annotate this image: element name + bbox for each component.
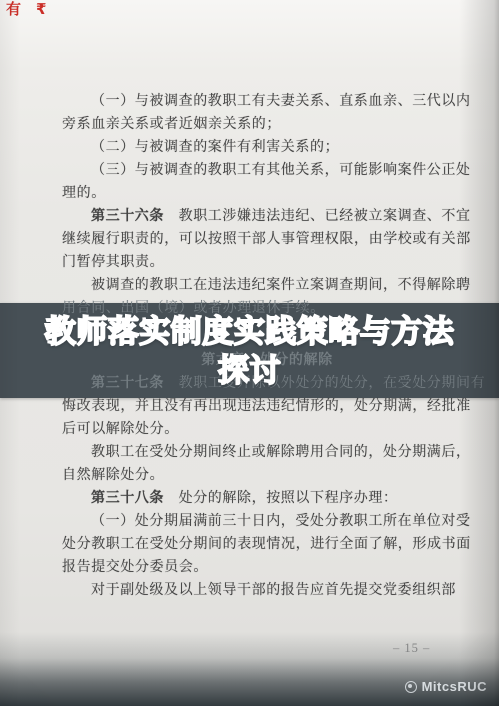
doc-line: 教职工在受处分期间终止或解除聘用合同的，处分期满后， <box>62 441 472 464</box>
doc-line: 第三十八条 处分的解除，按照以下程序办理： <box>62 487 472 510</box>
doc-line: 处分教职工在受处分期间的表现情况，进行全面了解，形成书面 <box>62 533 472 556</box>
red-stamp-marks: 有 ₹ <box>6 1 46 19</box>
doc-line: 自然解除处分。 <box>62 464 472 487</box>
page-number: – 15 – <box>393 641 430 656</box>
doc-line: 旁系血亲关系或者近姻亲关系的； <box>62 113 472 136</box>
doc-line: 悔改表现，并且没有再出现违法违纪情形的，处分期满，经批准 <box>62 395 472 418</box>
document-photo: 有 ₹ （一）与被调查的教职工有夫妻关系、直系血亲、三代以内旁系血亲关系或者近姻… <box>0 0 499 706</box>
doc-line: （一）处分期届满前三十日内，受处分教职工所在单位对受 <box>62 510 472 533</box>
doc-line: （二）与被调查的案件有利害关系的； <box>62 136 472 159</box>
doc-line: 报告提交处分委员会。 <box>62 556 472 579</box>
doc-line: （三）与被调查的教职工有其他关系，可能影响案件公正处 <box>62 159 472 182</box>
circle-dot-logo-icon <box>405 681 417 693</box>
doc-line: 继续履行职责的，可以按照干部人事管理权限，由学校或有关部 <box>62 228 472 251</box>
watermark: MitcsRUC <box>405 679 487 694</box>
watermark-text: MitcsRUC <box>422 679 487 694</box>
doc-line: （一）与被调查的教职工有夫妻关系、直系血亲、三代以内 <box>62 90 472 113</box>
doc-line: 第三十六条 教职工涉嫌违法违纪、已经被立案调查、不宜 <box>62 205 472 228</box>
doc-line: 被调查的教职工在违法违纪案件立案调查期间，不得解除聘 <box>62 274 472 297</box>
doc-line: 门暂停其职责。 <box>62 251 472 274</box>
red-stamp-mark-2: ₹ <box>36 1 46 19</box>
doc-line: 理的。 <box>62 182 472 205</box>
overlay-title-line2: 探讨 <box>0 353 499 389</box>
red-stamp-mark-1: 有 <box>6 1 21 19</box>
overlay-title-line1: 教师落实制度实践策略与方法 <box>0 314 499 350</box>
doc-line: 后可以解除处分。 <box>62 418 472 441</box>
doc-line: 对于副处级及以上领导干部的报告应首先提交党委组织部 <box>62 579 472 602</box>
